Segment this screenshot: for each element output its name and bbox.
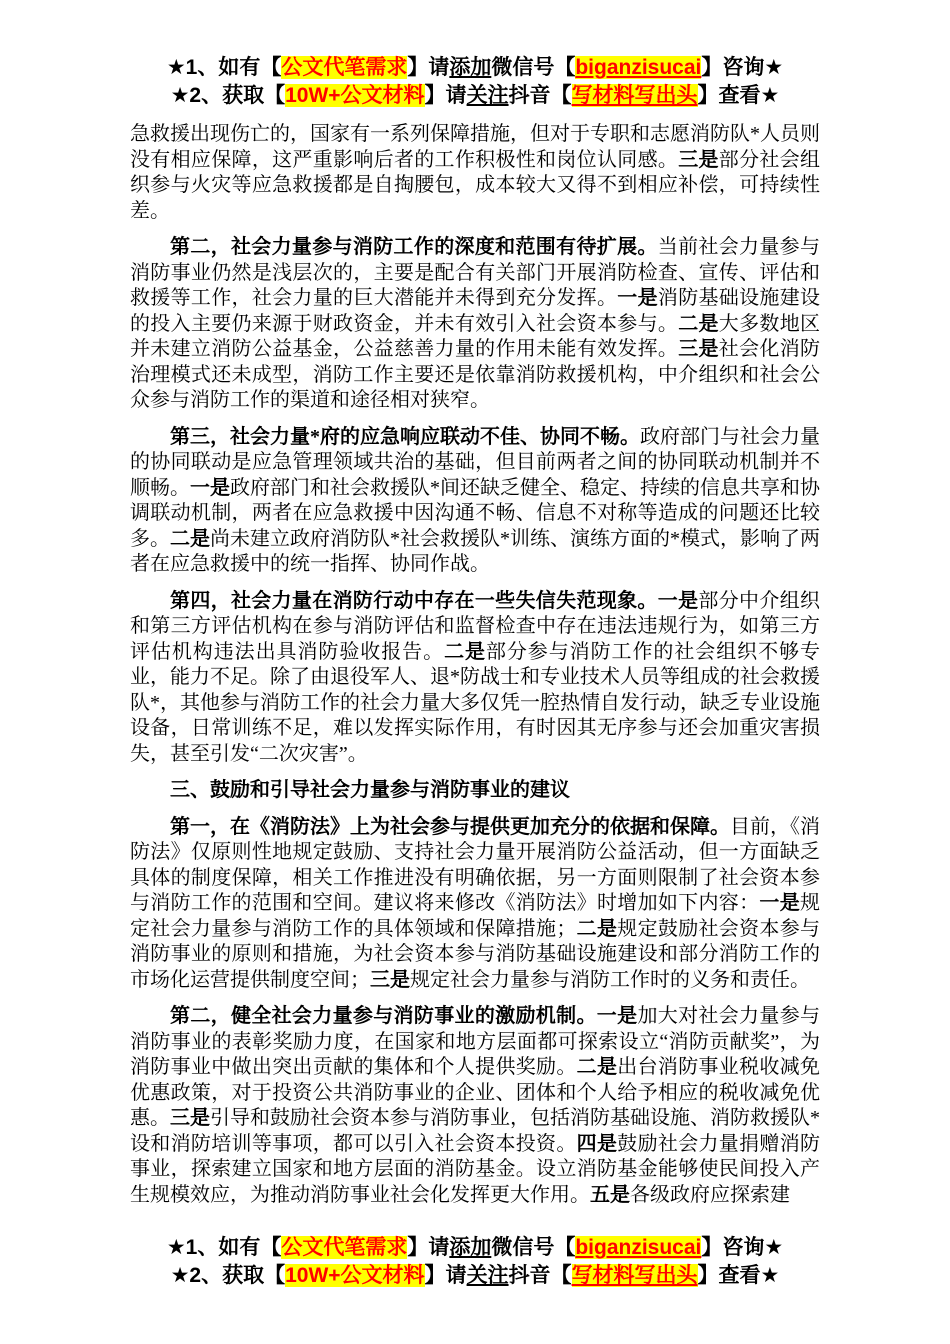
document-body: 急救援出现伤亡的，国家有一系列保障措施，但对于专职和志愿消防队*人员则没有相应保… [130, 122, 820, 1234]
promo-prefix: ★1、如有【 [167, 1236, 282, 1259]
promo-line-1: ★1、如有【公文代笔需求】请添加微信号【biganzisucai】咨询★ [0, 1234, 950, 1262]
promo-text: 】请 [407, 56, 449, 79]
promo-text: 】请 [425, 1264, 467, 1287]
service-keyword-highlight: 公文代笔需求 [281, 56, 407, 79]
paragraph-point-3: 第三，社会力量*府的应急响应联动不佳、协同不畅。政府部门与社会力量的协同联动是应… [130, 425, 820, 578]
footer-promo: ★1、如有【公文代笔需求】请添加微信号【biganzisucai】咨询★★2、获… [0, 1234, 950, 1290]
emphasis-run: 二是 [678, 313, 719, 335]
add-action-underline: 添加 [449, 1236, 491, 1259]
follow-action-underline: 关注 [467, 84, 509, 107]
text-run: 各级政府应探索建 [630, 1184, 790, 1206]
emphasis-run: 二是 [170, 528, 210, 550]
promo-line-2: ★2、获取【10W+公文材料】请关注抖音【写材料写出头】查看★ [0, 1262, 950, 1290]
material-keyword-highlight: 10W+公文材料 [285, 84, 424, 107]
emphasis-run: 一是 [759, 892, 800, 914]
service-keyword-highlight: 公文代笔需求 [281, 1236, 407, 1259]
emphasis-run: 二是 [576, 918, 617, 940]
emphasis-run: 一是 [190, 477, 230, 499]
emphasis-run: 二是 [444, 641, 486, 663]
paragraph-suggestion-2: 第二，健全社会力量参与消防事业的激励机制。一是加大对社会力量参与消防事业的表彰奖… [130, 1004, 820, 1208]
wechat-id-highlight: biganzisucai [575, 56, 701, 79]
promo-suffix: 】查看★ [698, 84, 780, 107]
promo-prefix: ★2、获取【 [171, 84, 286, 107]
promo-suffix: 】查看★ [698, 1264, 780, 1287]
emphasis-run: 一是 [617, 287, 658, 309]
add-action-underline: 添加 [449, 56, 491, 79]
promo-prefix: ★2、获取【 [171, 1264, 286, 1287]
douyin-id-highlight: 写材料写出头 [572, 1264, 698, 1287]
material-keyword-highlight: 10W+公文材料 [285, 1264, 424, 1287]
paragraph-continuation: 急救援出现伤亡的，国家有一系列保障措施，但对于专职和志愿消防队*人员则没有相应保… [130, 122, 820, 224]
paragraph-point-2: 第二，社会力量参与消防工作的深度和范围有待扩展。当前社会力量参与消防事业仍然是浅… [130, 235, 820, 414]
emphasis-run: 三是 [678, 149, 719, 171]
text-run: 尚未建立政府消防队*社会救援队*训练、演练方面的*模式，影响了两者在应急救援中的… [130, 528, 820, 576]
emphasis-run: 三是 [170, 1107, 210, 1129]
emphasis-run: 第三，社会力量*府的应急响应联动不佳、协同不畅。 [170, 426, 640, 448]
promo-text: 】请 [407, 1236, 449, 1259]
promo-line-1: ★1、如有【公文代笔需求】请添加微信号【biganzisucai】咨询★ [0, 54, 950, 82]
wechat-id-highlight: biganzisucai [575, 1236, 701, 1259]
emphasis-run: 第二，社会力量参与消防工作的深度和范围有待扩展。 [170, 236, 658, 258]
emphasis-run: 第四，社会力量在消防行动中存在一些失信失范现象。 [170, 590, 658, 612]
emphasis-run: 二是 [577, 1056, 618, 1078]
promo-text: 抖音【 [509, 84, 572, 107]
promo-text: 微信号【 [491, 1236, 575, 1259]
emphasis-run: 四是 [577, 1133, 618, 1155]
emphasis-run: 三是 [370, 969, 410, 991]
paragraph-suggestion-1: 第一，在《消防法》上为社会参与提供更加充分的依据和保障。目前，《消防法》仅原则性… [130, 815, 820, 994]
promo-suffix: 】咨询★ [701, 56, 783, 79]
emphasis-run: 三是 [678, 338, 719, 360]
text-run: 规定社会力量参与消防工作时的义务和责任。 [410, 969, 810, 991]
document-page: ★1、如有【公文代笔需求】请添加微信号【biganzisucai】咨询★★2、获… [0, 0, 950, 1344]
promo-text: 抖音【 [509, 1264, 572, 1287]
douyin-id-highlight: 写材料写出头 [572, 84, 698, 107]
section-heading: 三、鼓励和引导社会力量参与消防事业的建议 [130, 778, 820, 804]
header-promo: ★1、如有【公文代笔需求】请添加微信号【biganzisucai】咨询★★2、获… [0, 0, 950, 110]
emphasis-run: 第二，健全社会力量参与消防事业的激励机制。 [170, 1005, 597, 1027]
paragraph-point-4: 第四，社会力量在消防行动中存在一些失信失范现象。一是部分中介组织和第三方评估机构… [130, 589, 820, 768]
promo-suffix: 】咨询★ [701, 1236, 783, 1259]
emphasis-run: 三、鼓励和引导社会力量参与消防事业的建议 [170, 779, 570, 801]
emphasis-run: 第一，在《消防法》上为社会参与提供更加充分的依据和保障。 [170, 816, 730, 838]
promo-line-2: ★2、获取【10W+公文材料】请关注抖音【写材料写出头】查看★ [0, 82, 950, 110]
promo-text: 】请 [425, 84, 467, 107]
emphasis-run: 一是 [658, 590, 699, 612]
follow-action-underline: 关注 [467, 1264, 509, 1287]
emphasis-run: 五是 [590, 1184, 630, 1206]
promo-prefix: ★1、如有【 [167, 56, 282, 79]
promo-text: 微信号【 [491, 56, 575, 79]
emphasis-run: 一是 [597, 1005, 638, 1027]
